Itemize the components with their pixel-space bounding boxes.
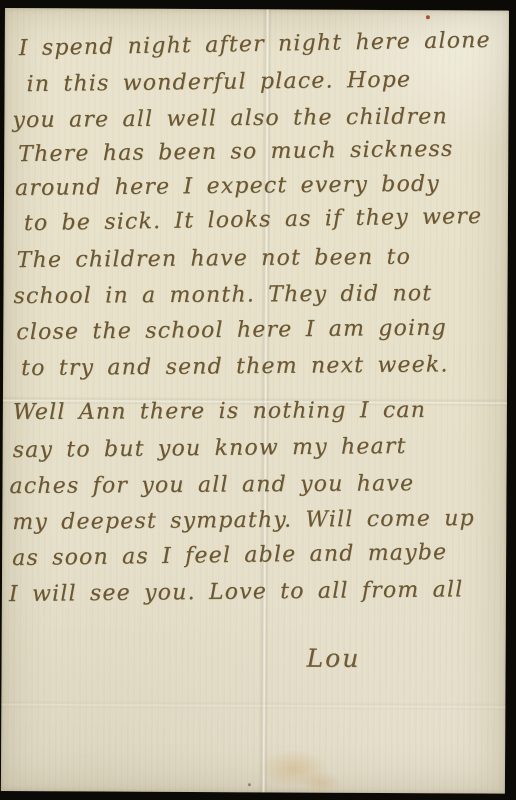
letter-line: you are all well also the children xyxy=(12,104,448,133)
ink-speck xyxy=(426,15,430,19)
letter-line: to try and send them next week. xyxy=(21,352,449,381)
letter-line: around here I expect every body xyxy=(15,172,440,201)
paper-stain xyxy=(301,772,341,794)
letter-line: aches for you all and you have xyxy=(9,471,414,499)
letter-line: close the school here I am going xyxy=(16,316,447,346)
letter-line: as soon as I feel able and maybe xyxy=(12,540,447,571)
scan-background: I spend night after night here alone in … xyxy=(0,0,516,800)
signature: Lou xyxy=(307,644,361,673)
paper-stain xyxy=(259,749,329,787)
ink-speck xyxy=(248,783,251,786)
horizontal-fold-crease-lower xyxy=(1,700,505,711)
letter-line: I spend night after night here alone xyxy=(19,28,491,61)
letter-line: I will see you. Love to all from all xyxy=(9,577,464,607)
letter-line: in this wonderful place. Hope xyxy=(26,67,411,97)
letter-paper: I spend night after night here alone in … xyxy=(1,8,509,794)
letter-line: say to but you know my heart xyxy=(13,434,407,463)
letter-line: my deepest sympathy. Will come up xyxy=(12,506,475,535)
letter-line: The children have not been to xyxy=(17,245,412,273)
letter-line: to be sick. It looks as if they were xyxy=(24,204,483,236)
letter-line: Well Ann there is nothing I can xyxy=(13,398,426,425)
letter-line: There has been so much sickness xyxy=(18,137,454,167)
letter-line: school in a month. They did not xyxy=(13,281,432,309)
